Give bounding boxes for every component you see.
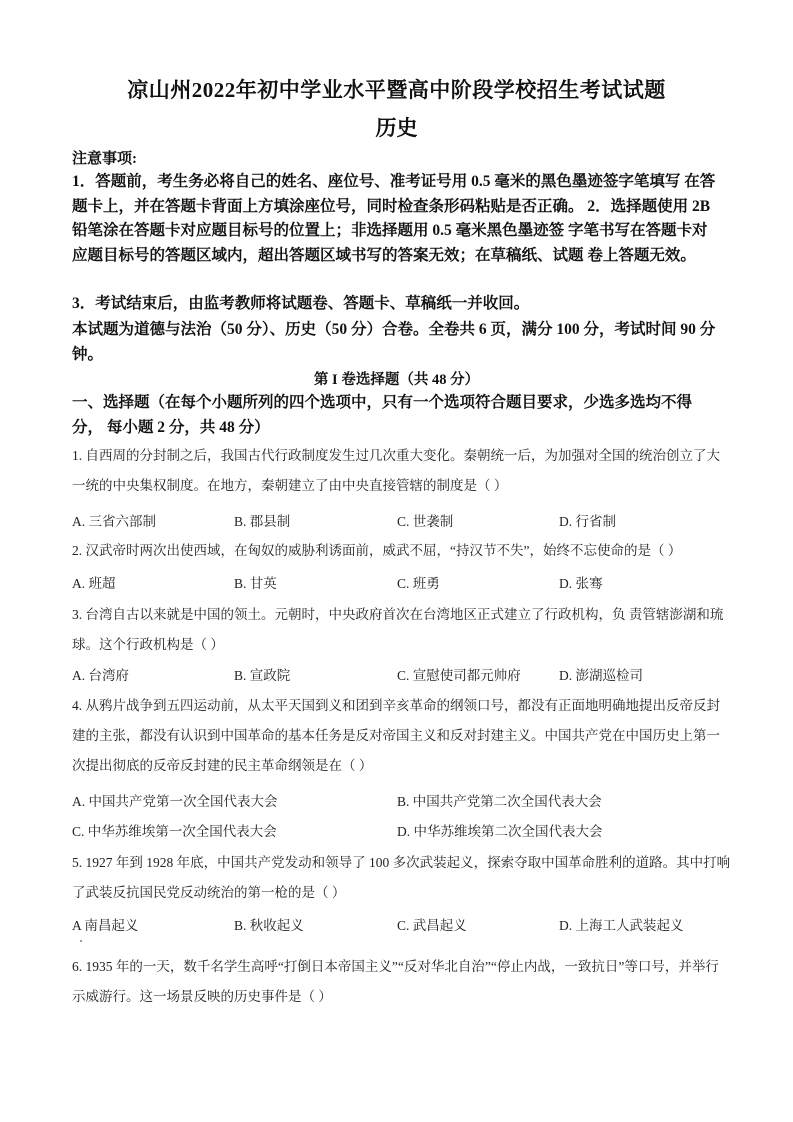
question-3-text: 3. 台湾自古以来就是中国的领土。元朝时，中央政府首次在台湾地区正式建立了行政机… — [72, 600, 732, 660]
option-c[interactable]: C. 中华苏维埃第一次全国代表大会 — [72, 820, 277, 840]
question-6-text: 6. 1935 年的一天，数千名学生高呼“打倒日本帝国主义”“反对华北自治”“停… — [72, 952, 732, 1012]
question-1-text: 1. 自西周的分封制之后，我国古代行政制度发生过几次重大变化。秦朝统一后，为加强… — [72, 441, 732, 501]
option-c[interactable]: C. 宣慰使司都元帅府 — [397, 664, 521, 684]
question-4-text: 4. 从鸦片战争到五四运动前，从太平天国到义和团到辛亥革命的纲领口号，都没有正面… — [72, 691, 732, 781]
option-c[interactable]: C. 世袭制 — [397, 510, 453, 530]
question-3-options: A. 台湾府 B. 宣政院 C. 宣慰使司都元帅府 D. 澎湖巡检司 — [72, 664, 732, 686]
section-title: 第 I 卷选择题（共 48 分） — [0, 368, 793, 389]
option-a[interactable]: A. 班超 — [72, 572, 116, 592]
question-4-options-row-1: A. 中国共产党第一次全国代表大会 B. 中国共产党第二次全国代表大会 — [72, 790, 732, 812]
option-b[interactable]: B. 中国共产党第二次全国代表大会 — [397, 790, 602, 810]
option-d[interactable]: D. 上海工人武装起义 — [559, 914, 684, 934]
option-a[interactable]: A. 台湾府 — [72, 664, 129, 684]
option-b[interactable]: B. 秋收起义 — [234, 914, 304, 934]
option-d[interactable]: D. 中华苏维埃第二次全国代表大会 — [397, 820, 603, 840]
notice-item-1-2: 1．答题前，考生务必将自己的姓名、座位号、准考证号用 0.5 毫米的黑色墨迹签字… — [72, 170, 722, 268]
question-2-options: A. 班超 B. 甘英 C. 班勇 D. 张骞 — [72, 572, 732, 594]
section-instruction: 一、选择题（在每个小题所列的四个选项中，只有一个选项符合题目要求，少选多选均不得… — [72, 391, 722, 440]
option-a[interactable]: A 南昌起义 — [72, 914, 138, 934]
stray-mark — [80, 940, 82, 942]
option-a[interactable]: A. 三省六部制 — [72, 510, 156, 530]
question-1-options: A. 三省六部制 B. 郡县制 C. 世袭制 D. 行省制 — [72, 510, 732, 532]
question-4-options-row-2: C. 中华苏维埃第一次全国代表大会 D. 中华苏维埃第二次全国代表大会 — [72, 820, 732, 842]
question-5-text: 5. 1927 年到 1928 年底，中国共产党发动和领导了 100 多次武装起… — [72, 848, 732, 908]
option-a[interactable]: A. 中国共产党第一次全国代表大会 — [72, 790, 278, 810]
question-5-options: A 南昌起义 B. 秋收起义 C. 武昌起义 D. 上海工人武装起义 — [72, 914, 732, 936]
option-b[interactable]: B. 甘英 — [234, 572, 277, 592]
option-c[interactable]: C. 班勇 — [397, 572, 440, 592]
option-b[interactable]: B. 郡县制 — [234, 510, 290, 530]
exam-page: 凉山州2022年初中学业水平暨高中阶段学校招生考试试题 历史 注意事项: 1．答… — [0, 0, 793, 1122]
option-b[interactable]: B. 宣政院 — [234, 664, 290, 684]
option-d[interactable]: D. 澎湖巡检司 — [559, 664, 643, 684]
option-d[interactable]: D. 行省制 — [559, 510, 616, 530]
exam-subject: 历史 — [0, 112, 793, 142]
question-2-text: 2. 汉武帝时两次出使西域，在匈奴的威胁利诱面前，威武不屈，“持汉节不失”，始终… — [72, 536, 732, 566]
notice-heading: 注意事项: — [72, 147, 137, 168]
notice-item-3: 3．考试结束后，由监考教师将试题卷、答题卡、草稿纸一并收回。 — [72, 292, 722, 317]
exam-title: 凉山州2022年初中学业水平暨高中阶段学校招生考试试题 — [0, 74, 793, 104]
option-c[interactable]: C. 武昌起义 — [397, 914, 467, 934]
option-d[interactable]: D. 张骞 — [559, 572, 603, 592]
exam-summary: 本试题为道德与法治（50 分）、历史（50 分）合卷。全卷共 6 页，满分 10… — [72, 318, 722, 367]
